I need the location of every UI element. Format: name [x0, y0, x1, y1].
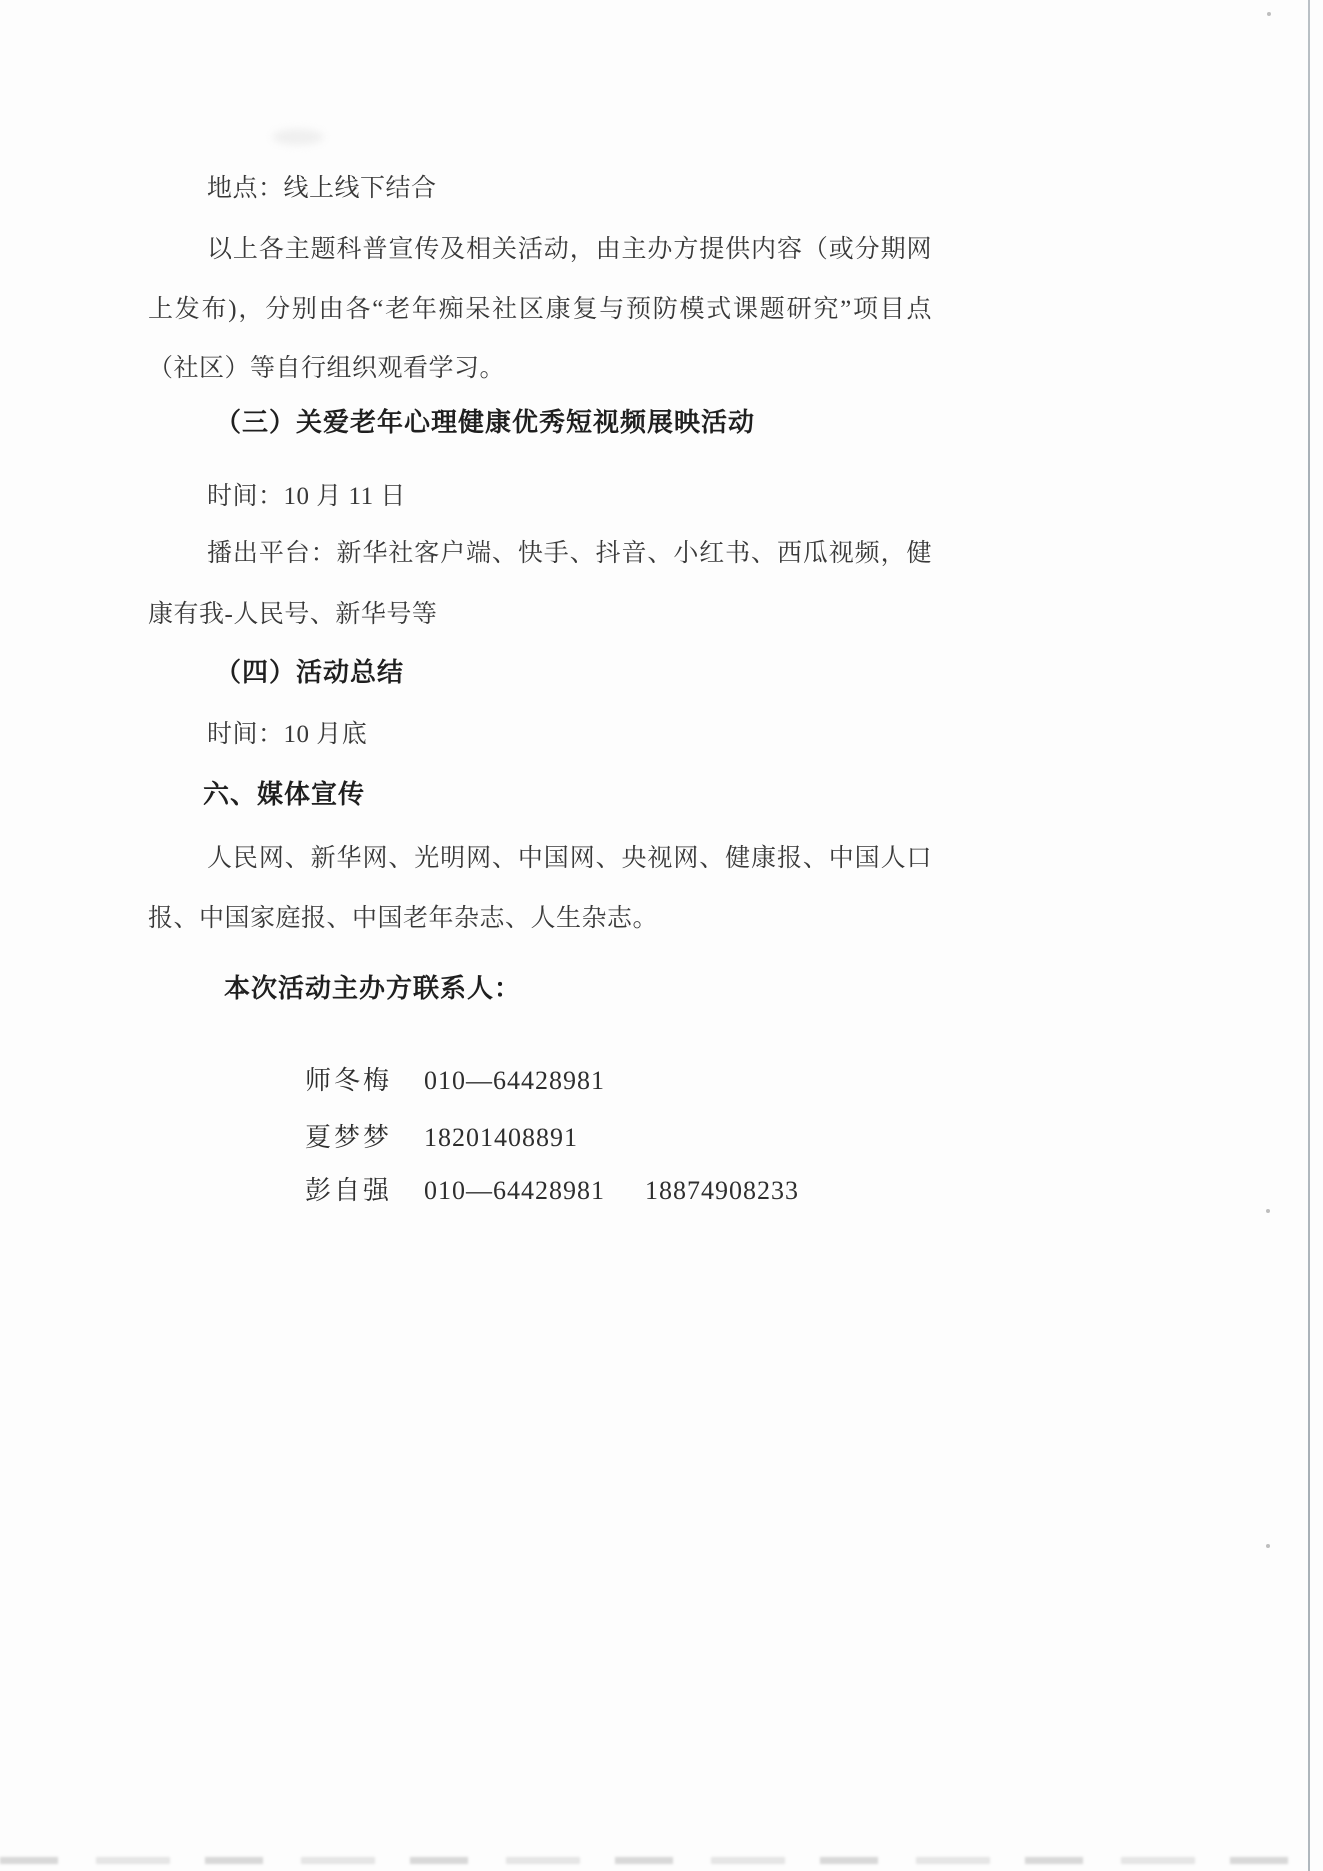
body-line-location: 地点：线上线下结合 — [148, 172, 932, 206]
body-line-platforms: 康有我-人民号、新华号等 — [148, 598, 932, 632]
contact-phone: 010—64428981 — [424, 1176, 605, 1205]
section-heading-media: 六、媒体宣传 — [148, 778, 932, 812]
body-line-paragraph: 以上各主题科普宣传及相关活动，由主办方提供内容（或分期网 — [148, 233, 932, 267]
body-line-media-list: 报、中国家庭报、中国老年杂志、人生杂志。 — [148, 902, 932, 936]
contact-phone-alt: 18874908233 — [645, 1176, 799, 1205]
section-heading-four: （四）活动总结 — [148, 656, 932, 690]
scan-bottom-smudge-artifact — [0, 1857, 1323, 1864]
scan-edge-line-artifact — [1308, 0, 1310, 1871]
body-line-time: 时间：10 月 11 日 — [148, 480, 932, 514]
contacts-heading: 本次活动主办方联系人： — [148, 972, 932, 1006]
scanned-document-page: 地点：线上线下结合 以上各主题科普宣传及相关活动，由主办方提供内容（或分期网 上… — [0, 0, 1323, 1871]
body-line-media-list: 人民网、新华网、光明网、中国网、央视网、健康报、中国人口 — [148, 842, 932, 876]
body-line-platforms: 播出平台：新华社客户端、快手、抖音、小红书、西瓜视频，健 — [148, 537, 932, 571]
scan-speck-artifact — [1267, 12, 1271, 16]
section-heading-three: （三）关爱老年心理健康优秀短视频展映活动 — [148, 406, 932, 440]
body-line-paragraph: （社区）等自行组织观看学习。 — [148, 352, 932, 386]
contact-name: 彭自强 — [305, 1176, 392, 1205]
contact-row: 彭自强010—6442898118874908233 — [148, 1140, 932, 1242]
document-body: 地点：线上线下结合 以上各主题科普宣传及相关活动，由主办方提供内容（或分期网 上… — [0, 0, 1323, 1871]
scan-speck-artifact — [1266, 1544, 1270, 1548]
scan-smudge-artifact — [272, 129, 324, 145]
body-line-time: 时间：10 月底 — [148, 718, 932, 752]
scan-speck-artifact — [1266, 1209, 1270, 1213]
body-line-paragraph: 上发布)，分别由各“老年痴呆社区康复与预防模式课题研究”项目点 — [148, 293, 932, 327]
